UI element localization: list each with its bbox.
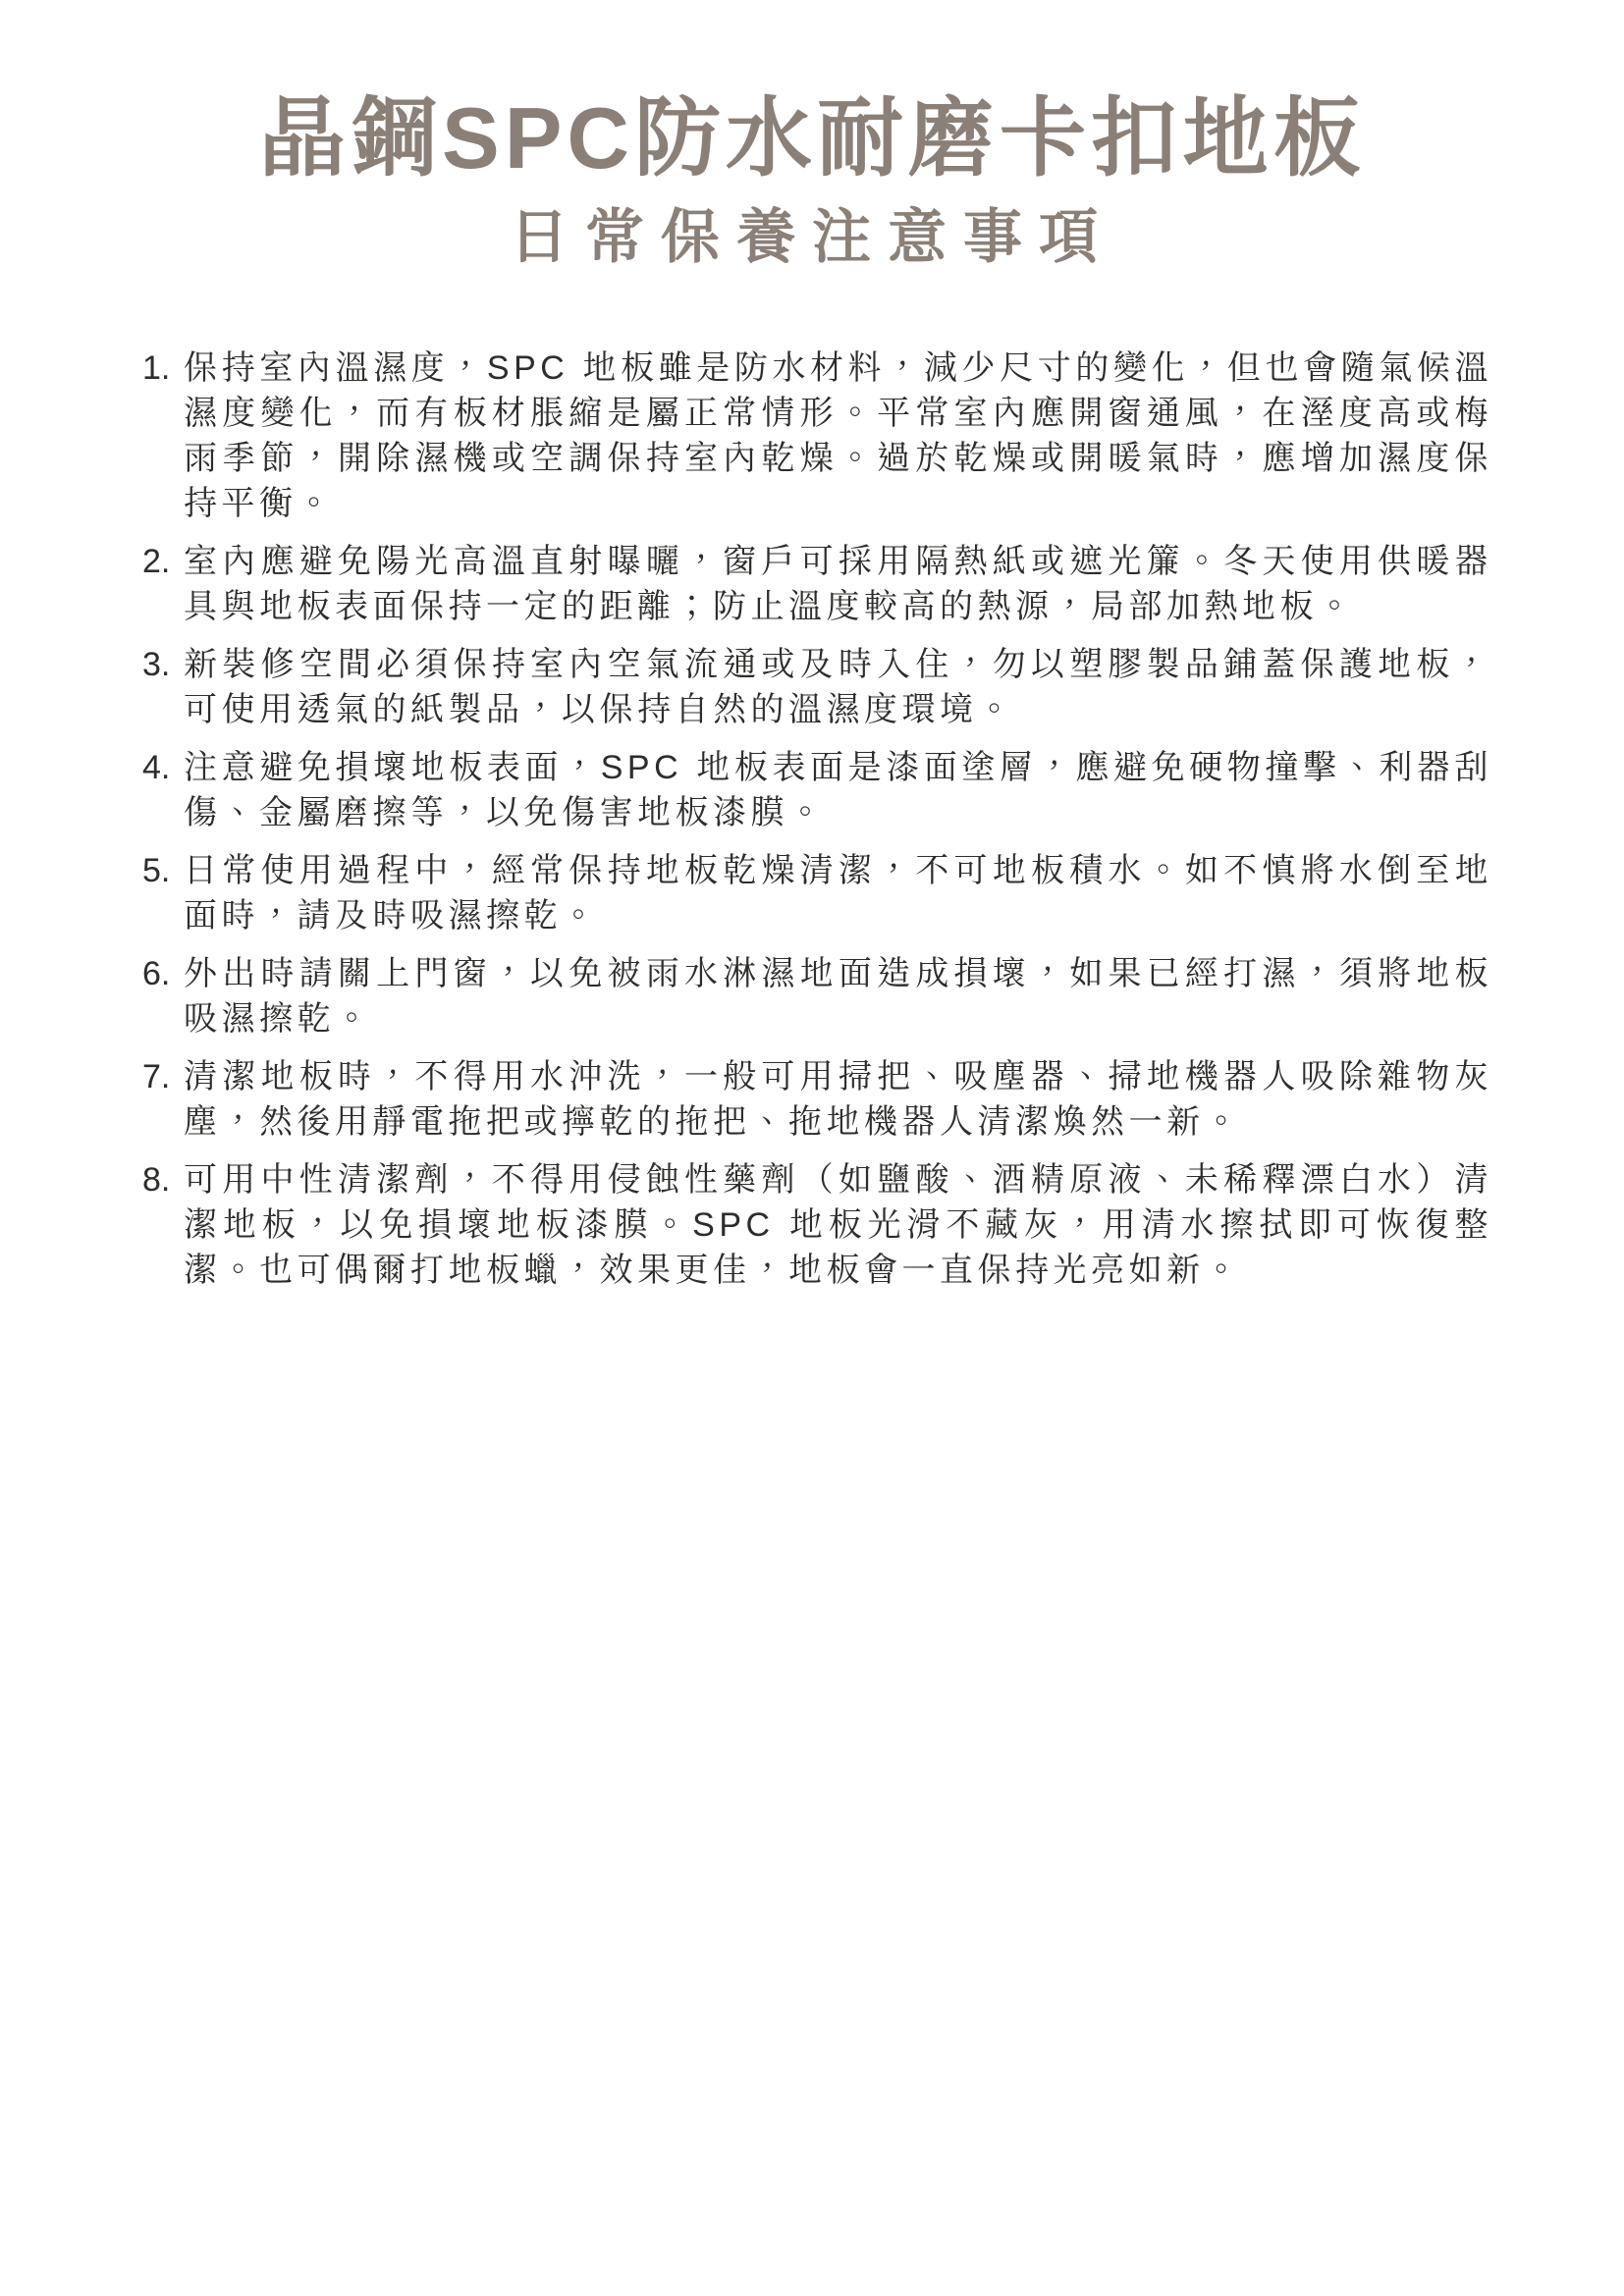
list-item: 6. 外出時請關上門窗，以免被雨水淋濕地面造成損壞，如果已經打濕，須將地板吸濕擦… [142,951,1492,1041]
item-text: 保持室內溫濕度，SPC 地板雖是防水材料，減少尺寸的變化，但也會隨氣候溫濕度變化… [184,346,1492,526]
item-number: 3. [142,642,184,687]
item-text: 新裝修空間必須保持室內空氣流通或及時入住，勿以塑膠製品鋪蓋保護地板，可使用透氣的… [184,642,1492,732]
item-text: 注意避免損壞地板表面，SPC 地板表面是漆面塗層，應避免硬物撞擊、利器刮傷、金屬… [184,745,1492,835]
list-item: 7. 清潔地板時，不得用水沖洗，一般可用掃把、吸塵器、掃地機器人吸除雜物灰塵，然… [142,1054,1492,1145]
item-number: 7. [142,1054,184,1099]
list-item: 4. 注意避免損壞地板表面，SPC 地板表面是漆面塗層，應避免硬物撞擊、利器刮傷… [142,745,1492,835]
document-subtitle: 日常保養注意事項 [0,203,1624,271]
item-text: 外出時請關上門窗，以免被雨水淋濕地面造成損壞，如果已經打濕，須將地板吸濕擦乾。 [184,951,1492,1041]
item-number: 2. [142,539,184,584]
item-text: 室內應避免陽光高溫直射曝曬，窗戶可採用隔熱紙或遮光簾。冬天使用供暖器具與地板表面… [184,539,1492,629]
item-number: 5. [142,848,184,893]
list-item: 8. 可用中性清潔劑，不得用侵蝕性藥劑（如鹽酸、酒精原液、未稀釋漂白水）清潔地板… [142,1157,1492,1293]
item-number: 4. [142,745,184,790]
list-item: 5. 日常使用過程中，經常保持地板乾燥清潔，不可地板積水。如不慎將水倒至地面時，… [142,848,1492,938]
list-item: 2. 室內應避免陽光高溫直射曝曬，窗戶可採用隔熱紙或遮光簾。冬天使用供暖器具與地… [142,539,1492,629]
document-page: 晶鋼SPC防水耐磨卡扣地板 日常保養注意事項 1. 保持室內溫濕度，SPC 地板… [0,0,1624,2296]
list-item: 1. 保持室內溫濕度，SPC 地板雖是防水材料，減少尺寸的變化，但也會隨氣候溫濕… [142,346,1492,526]
item-text: 清潔地板時，不得用水沖洗，一般可用掃把、吸塵器、掃地機器人吸除雜物灰塵，然後用靜… [184,1054,1492,1145]
document-title: 晶鋼SPC防水耐磨卡扣地板 [0,0,1624,187]
item-number: 6. [142,951,184,996]
item-text: 日常使用過程中，經常保持地板乾燥清潔，不可地板積水。如不慎將水倒至地面時，請及時… [184,848,1492,938]
item-text: 可用中性清潔劑，不得用侵蝕性藥劑（如鹽酸、酒精原液、未稀釋漂白水）清潔地板，以免… [184,1157,1492,1293]
item-number: 1. [142,346,184,391]
list-item: 3. 新裝修空間必須保持室內空氣流通或及時入住，勿以塑膠製品鋪蓋保護地板，可使用… [142,642,1492,732]
item-number: 8. [142,1157,184,1202]
instruction-list: 1. 保持室內溫濕度，SPC 地板雖是防水材料，減少尺寸的變化，但也會隨氣候溫濕… [142,346,1492,1293]
